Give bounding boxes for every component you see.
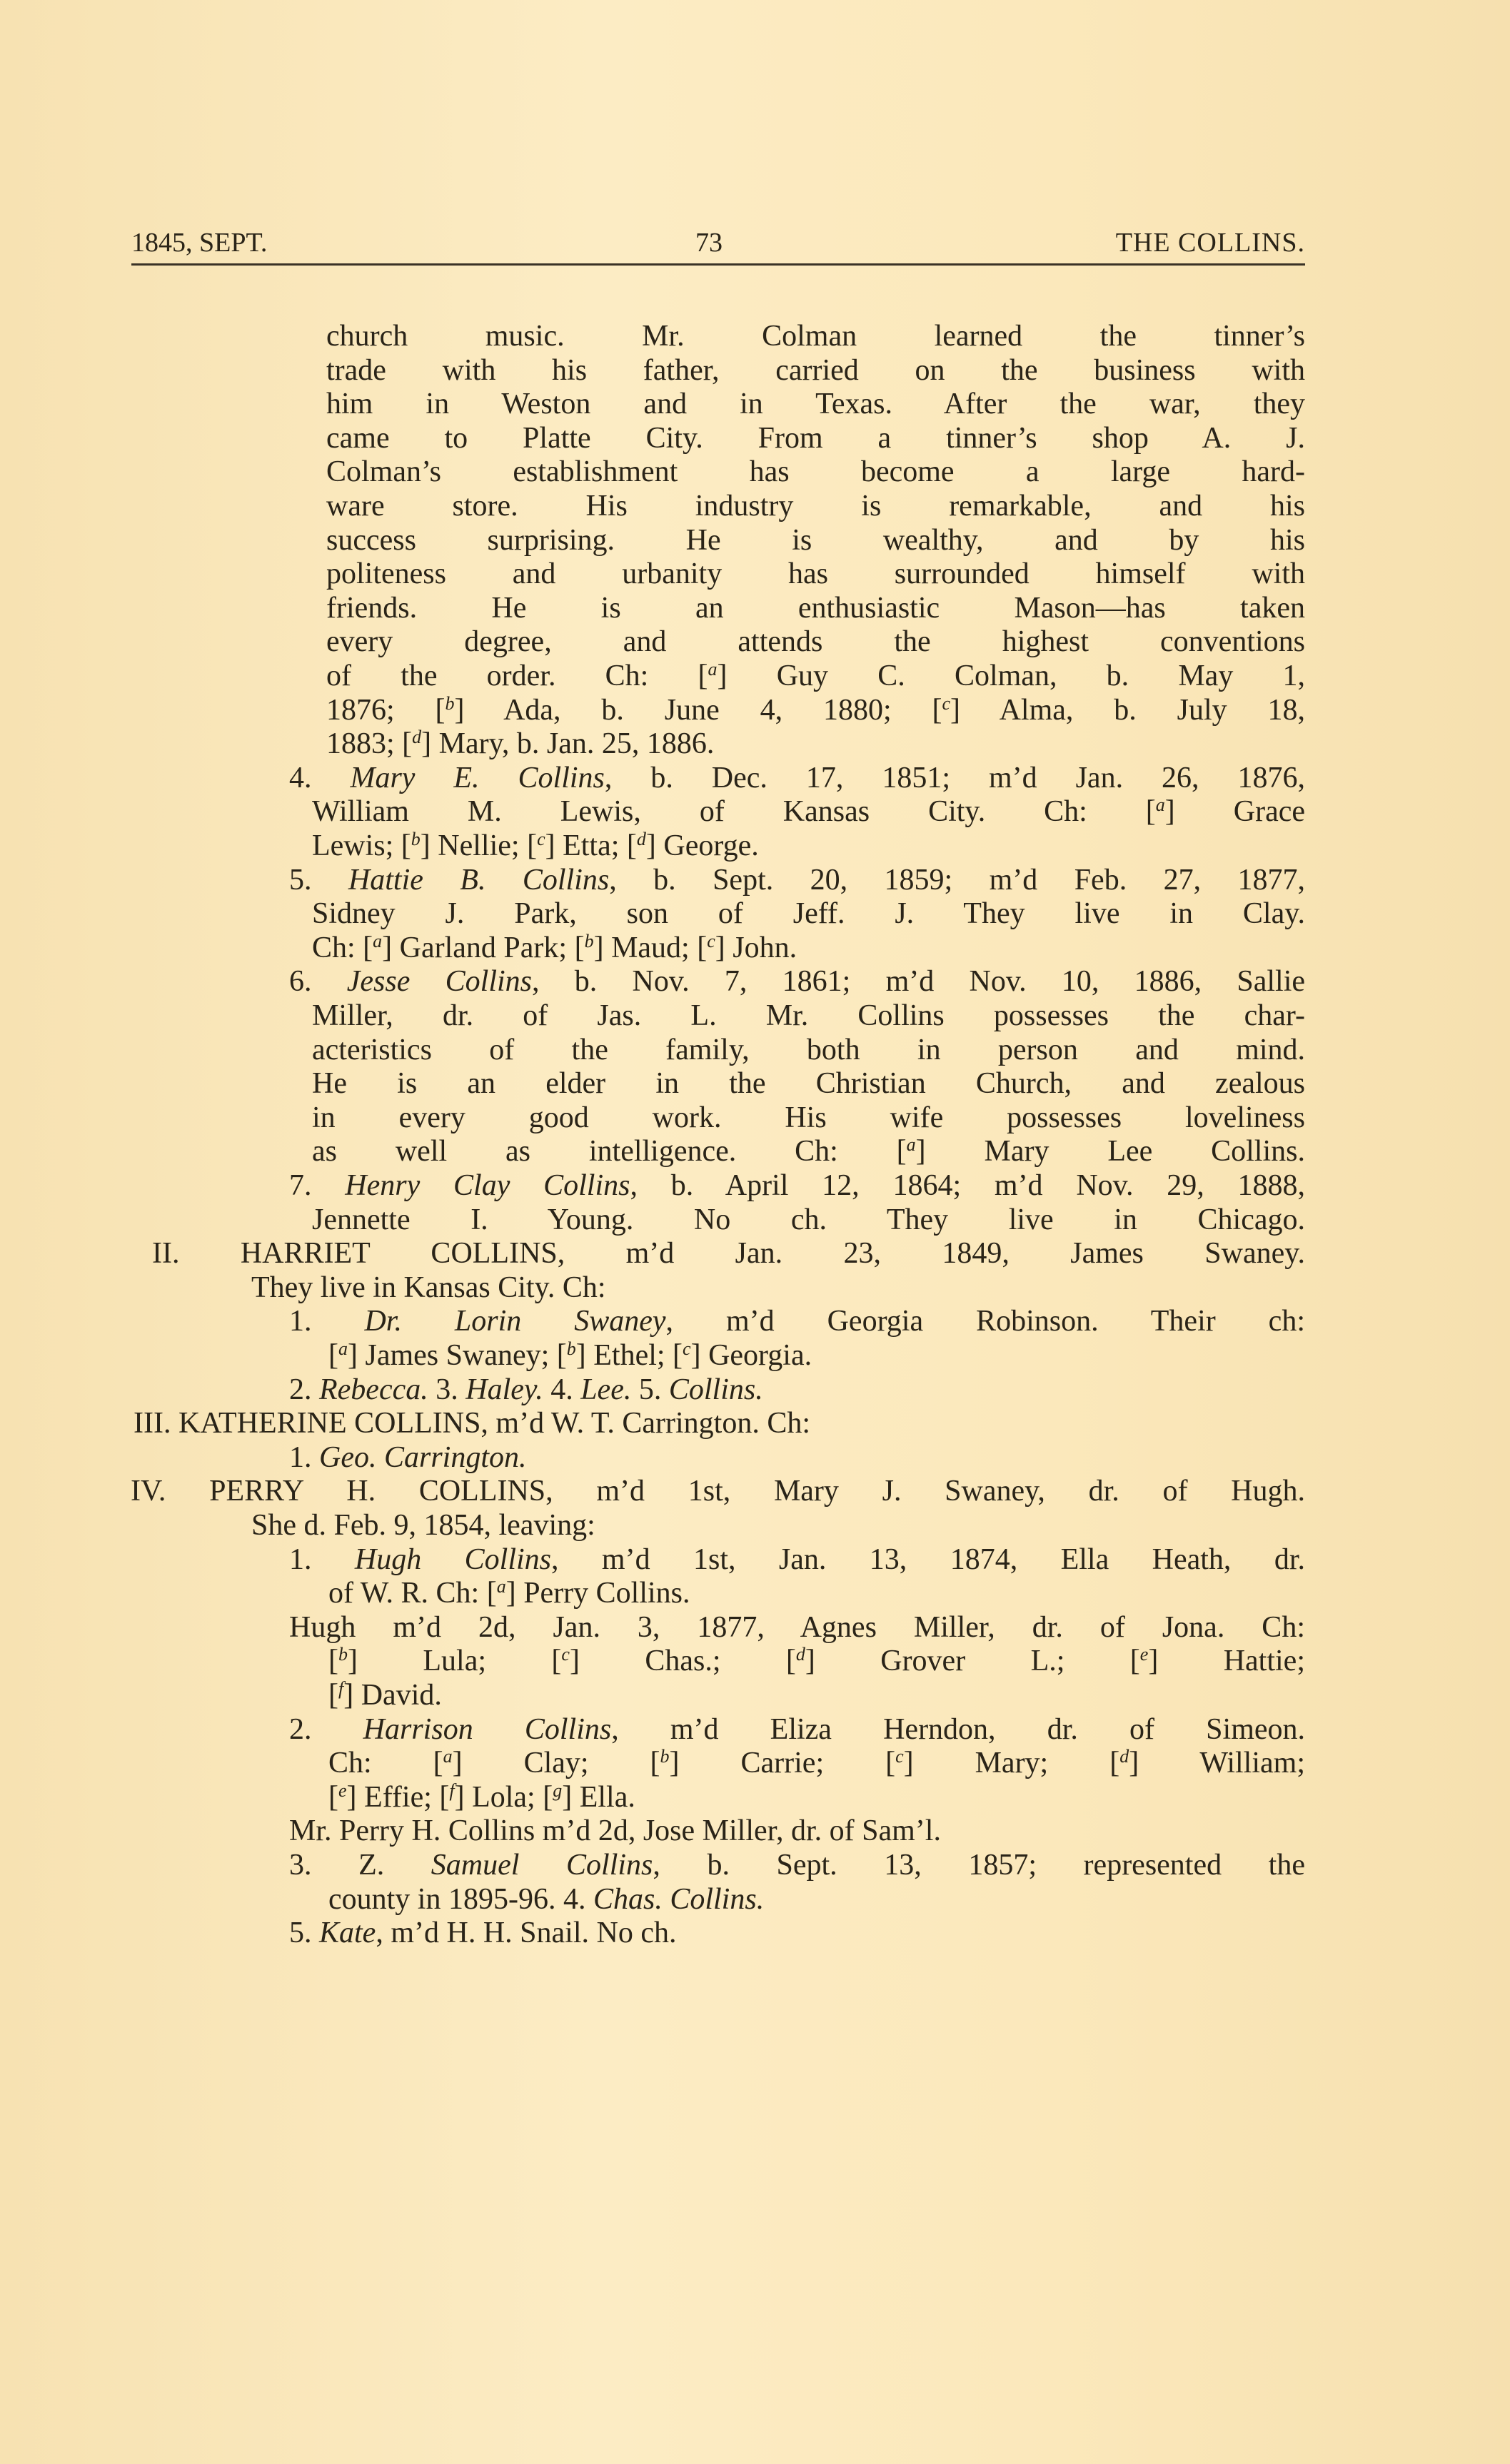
footnote-letter: b: [567, 1338, 576, 1359]
footnote-letter: f: [449, 1780, 454, 1801]
text-run: him in Weston and in Texas. After the wa…: [326, 388, 1305, 420]
footnote-letter: a: [443, 1746, 453, 1767]
text-run: William M. Lewis, of Kansas City. Ch: [: [312, 795, 1156, 828]
text-run: success surprising. He is wealthy, and b…: [326, 524, 1305, 557]
text-line: III. KATHERINE COLLINS, m’d W. T. Carrin…: [134, 1406, 810, 1440]
text-line: [a] James Swaney; [b] Ethel; [c] Georgia…: [328, 1338, 812, 1373]
text-line: politeness and urbanity has surrounded h…: [326, 557, 1305, 591]
text-line: [b] Lula; [c] Chas.; [d] Grover L.; [e] …: [328, 1644, 1305, 1678]
footnote-letter: b: [446, 693, 455, 714]
text-line: [f] David.: [328, 1678, 442, 1712]
text-line: 1. Hugh Collins, m’d 1st, Jan. 13, 1874,…: [289, 1542, 1305, 1577]
footnote-letter: d: [412, 727, 421, 747]
italic-name: Henry Clay Collins: [345, 1169, 630, 1202]
text-run: [: [328, 1679, 338, 1712]
running-head: 1845, SEPT. 73 THE COLLINS.: [131, 227, 1305, 258]
text-run: II. HARRIET COLLINS, m’d Jan. 23, 1849, …: [152, 1237, 1305, 1270]
footnote-letter: c: [561, 1644, 570, 1665]
text-run: Ch: [: [328, 1747, 443, 1779]
text-line: Hugh m’d 2d, Jan. 3, 1877, Agnes Miller,…: [289, 1610, 1305, 1645]
text-run: ] Maud; [: [594, 931, 708, 964]
footnote-letter: a: [373, 931, 382, 951]
text-line: came to Platte City. From a tinner’s sho…: [326, 421, 1305, 455]
text-run: church music. Mr. Colman learned the tin…: [326, 320, 1305, 353]
text-run: 1.: [289, 1441, 319, 1474]
text-run: ] James Swaney; [: [348, 1339, 567, 1372]
text-run: , b. Dec. 17, 1851; m’d Jan. 26, 1876,: [605, 762, 1305, 794]
text-run: ] Nellie; [: [421, 829, 537, 862]
text-run: , m’d H. H. Snail. No ch.: [376, 1917, 676, 1949]
text-line: Miller, dr. of Jas. L. Mr. Collins posse…: [312, 999, 1305, 1033]
footnote-letter: d: [796, 1644, 805, 1665]
text-run: , b. April 12, 1864; m’d Nov. 29, 1888,: [630, 1169, 1306, 1202]
text-run: politeness and urbanity has surrounded h…: [326, 557, 1305, 590]
italic-name: Harrison Collins: [363, 1713, 612, 1746]
text-line: Sidney J. Park, son of Jeff. J. They liv…: [312, 897, 1305, 931]
text-run: ] Etta; [: [545, 829, 637, 862]
text-run: ] Mary, b. Jan. 25, 1886.: [421, 727, 714, 760]
text-line: church music. Mr. Colman learned the tin…: [326, 319, 1305, 353]
text-run: ] Grace: [1165, 795, 1305, 828]
italic-name: Chas. Collins.: [593, 1883, 764, 1916]
text-run: 2.: [289, 1713, 363, 1746]
text-run: , b. Sept. 13, 1857; represented the: [653, 1849, 1305, 1882]
text-run: 2.: [289, 1373, 319, 1406]
text-run: ware store. His industry is remarkable, …: [326, 490, 1305, 522]
text-run: ] Clay; [: [453, 1747, 660, 1779]
text-run: ] Effie; [: [347, 1781, 450, 1814]
text-line: 4. Mary E. Collins, b. Dec. 17, 1851; m’…: [289, 761, 1305, 795]
text-run: Miller, dr. of Jas. L. Mr. Collins posse…: [312, 999, 1305, 1032]
text-line: 1876; [b] Ada, b. June 4, 1880; [c] Alma…: [326, 693, 1305, 727]
text-run: 1.: [289, 1543, 355, 1576]
italic-name: Hugh Collins: [355, 1543, 551, 1576]
text-run: ] George.: [646, 829, 759, 862]
text-run: ] Garland Park; [: [382, 931, 584, 964]
text-run: She d. Feb. 9, 1854, leaving:: [251, 1509, 595, 1542]
italic-name: Jesse Collins: [347, 965, 532, 998]
text-run: county in 1895-96. 4.: [328, 1883, 593, 1916]
footnote-letter: c: [942, 693, 951, 714]
footnote-letter: b: [660, 1746, 670, 1767]
text-run: ] Georgia.: [691, 1339, 812, 1372]
text-run: Mr. Perry H. Collins m’d 2d, Jose Miller…: [289, 1814, 941, 1847]
text-line: William M. Lewis, of Kansas City. Ch: [a…: [312, 794, 1305, 829]
italic-name: Rebecca.: [319, 1373, 428, 1406]
text-run: ] Alma, b. July 18,: [950, 694, 1305, 727]
text-run: ] William;: [1129, 1747, 1305, 1779]
text-line: success surprising. He is wealthy, and b…: [326, 523, 1305, 557]
text-line: friends. He is an enthusiastic Mason—has…: [326, 591, 1305, 625]
text-run: Sidney J. Park, son of Jeff. J. They liv…: [312, 897, 1305, 930]
text-line: 7. Henry Clay Collins, b. April 12, 1864…: [289, 1168, 1305, 1203]
text-run: Colman’s establishment has become a larg…: [326, 455, 1305, 488]
text-run: every degree, and attends the highest co…: [326, 625, 1305, 658]
text-run: Lewis; [: [312, 829, 411, 862]
text-run: III. KATHERINE COLLINS, m’d W. T. Carrin…: [134, 1407, 810, 1440]
text-line: of the order. Ch: [a] Guy C. Colman, b. …: [326, 659, 1305, 693]
text-run: ] Guy C. Colman, b. May 1,: [718, 660, 1305, 692]
text-run: [: [328, 1645, 338, 1677]
text-run: trade with his father, carried on the bu…: [326, 354, 1305, 387]
text-line: of W. R. Ch: [a] Perry Collins.: [328, 1576, 690, 1610]
text-run: 7.: [289, 1169, 345, 1202]
running-head-title: THE COLLINS.: [1116, 227, 1305, 258]
text-run: ] David.: [343, 1679, 442, 1712]
text-line: Ch: [a] Garland Park; [b] Maud; [c] John…: [312, 931, 797, 965]
text-run: 1.: [289, 1305, 364, 1338]
italic-name: Hattie B. Collins: [348, 864, 609, 897]
footnote-letter: c: [683, 1338, 691, 1359]
text-run: ] Ethel; [: [576, 1339, 683, 1372]
text-run: He is an elder in the Christian Church, …: [312, 1067, 1305, 1100]
text-run: 5.: [631, 1373, 669, 1406]
text-line: trade with his father, carried on the bu…: [326, 353, 1305, 388]
text-line: him in Weston and in Texas. After the wa…: [326, 387, 1305, 421]
footnote-letter: b: [338, 1644, 348, 1665]
text-line: county in 1895-96. 4. Chas. Collins.: [328, 1882, 764, 1917]
footnote-letter: e: [338, 1780, 347, 1801]
text-line: acteristics of the family, both in perso…: [312, 1033, 1305, 1067]
text-run: ] Lola; [: [455, 1781, 553, 1814]
italic-name: Kate: [319, 1917, 376, 1949]
text-line: 1. Geo. Carrington.: [289, 1440, 527, 1475]
text-run: ] Mary Lee Collins.: [916, 1135, 1305, 1168]
text-run: 1883; [: [326, 727, 412, 760]
footnote-letter: a: [708, 659, 718, 680]
footnote-letter: g: [553, 1780, 562, 1801]
italic-name: Dr. Lorin Swaney: [364, 1305, 665, 1338]
italic-name: Mary E. Collins: [350, 762, 604, 794]
text-run: of W. R. Ch: [: [328, 1577, 497, 1610]
text-line: 5. Hattie B. Collins, b. Sept. 20, 1859;…: [289, 863, 1305, 897]
text-run: , m’d Eliza Herndon, dr. of Simeon.: [611, 1713, 1305, 1746]
text-line: [e] Effie; [f] Lola; [g] Ella.: [328, 1780, 635, 1814]
text-run: ] Chas.; [: [570, 1645, 796, 1677]
book-page: 1845, SEPT. 73 THE COLLINS. church music…: [0, 0, 1510, 2464]
text-run: as well as intelligence. Ch: [: [312, 1135, 907, 1168]
text-line: in every good work. His wife possesses l…: [312, 1101, 1305, 1135]
text-run: 1876; [: [326, 694, 446, 727]
text-line: They live in Kansas City. Ch:: [251, 1271, 606, 1305]
text-run: ] Ada, b. June 4, 1880; [: [455, 694, 942, 727]
text-run: ] Perry Collins.: [506, 1577, 690, 1610]
italic-name: Geo. Carrington.: [319, 1441, 527, 1474]
text-line: ware store. His industry is remarkable, …: [326, 489, 1305, 523]
text-run: ] Lula; [: [348, 1645, 561, 1677]
footnote-letter: b: [585, 931, 594, 951]
text-line: II. HARRIET COLLINS, m’d Jan. 23, 1849, …: [152, 1236, 1305, 1271]
text-run: , b. Sept. 20, 1859; m’d Feb. 27, 1877,: [609, 864, 1305, 897]
text-run: ] Mary; [: [904, 1747, 1120, 1779]
text-line: Colman’s establishment has become a larg…: [326, 455, 1305, 489]
text-run: [: [328, 1781, 338, 1814]
text-line: 3. Z. Samuel Collins, b. Sept. 13, 1857;…: [289, 1848, 1305, 1882]
footnote-letter: d: [1119, 1746, 1129, 1767]
footnote-letter: a: [497, 1576, 506, 1597]
text-line: every degree, and attends the highest co…: [326, 625, 1305, 659]
footnote-letter: c: [895, 1746, 904, 1767]
text-run: IV. PERRY H. COLLINS, m’d 1st, Mary J. S…: [131, 1475, 1305, 1508]
text-line: He is an elder in the Christian Church, …: [312, 1066, 1305, 1101]
footnote-letter: e: [1140, 1644, 1149, 1665]
text-run: 3. Z.: [289, 1849, 431, 1882]
footnote-letter: c: [707, 931, 715, 951]
text-run: 4.: [543, 1373, 581, 1406]
text-line: 1. Dr. Lorin Swaney, m’d Georgia Robinso…: [289, 1304, 1305, 1338]
text-run: 4.: [289, 762, 350, 794]
text-line: 2. Rebecca. 3. Haley. 4. Lee. 5. Collins…: [289, 1373, 763, 1407]
text-run: acteristics of the family, both in perso…: [312, 1034, 1305, 1066]
header-rule: [131, 263, 1305, 266]
text-line: Ch: [a] Clay; [b] Carrie; [c] Mary; [d] …: [328, 1746, 1305, 1780]
text-line: as well as intelligence. Ch: [a] Mary Le…: [312, 1134, 1305, 1168]
text-run: 6.: [289, 965, 347, 998]
italic-name: Haley.: [465, 1373, 543, 1406]
page-number: 73: [695, 227, 723, 258]
text-run: 3.: [428, 1373, 466, 1406]
text-line: 1883; [d] Mary, b. Jan. 25, 1886.: [326, 727, 714, 761]
footnote-letter: a: [1156, 794, 1165, 815]
footnote-letter: d: [637, 829, 646, 849]
text-run: 5.: [289, 864, 348, 897]
text-run: in every good work. His wife possesses l…: [312, 1101, 1305, 1134]
text-run: Jennette I. Young. No ch. They live in C…: [312, 1203, 1305, 1236]
text-run: , m’d Georgia Robinson. Their ch:: [666, 1305, 1305, 1338]
running-head-date: 1845, SEPT.: [131, 227, 267, 258]
footnote-letter: b: [411, 829, 421, 849]
italic-name: Collins.: [669, 1373, 763, 1406]
footnote-letter: c: [537, 829, 545, 849]
footnote-letter: a: [338, 1338, 348, 1359]
text-run: , m’d 1st, Jan. 13, 1874, Ella Heath, dr…: [551, 1543, 1305, 1576]
text-line: 6. Jesse Collins, b. Nov. 7, 1861; m’d N…: [289, 964, 1305, 999]
text-run: They live in Kansas City. Ch:: [251, 1271, 606, 1304]
text-line: 2. Harrison Collins, m’d Eliza Herndon, …: [289, 1712, 1305, 1747]
text-line: Mr. Perry H. Collins m’d 2d, Jose Miller…: [289, 1814, 941, 1848]
text-line: IV. PERRY H. COLLINS, m’d 1st, Mary J. S…: [131, 1474, 1305, 1508]
text-run: , b. Nov. 7, 1861; m’d Nov. 10, 1886, Sa…: [532, 965, 1305, 998]
text-run: Ch: [: [312, 931, 373, 964]
text-run: of the order. Ch: [: [326, 660, 708, 692]
text-run: Hugh m’d 2d, Jan. 3, 1877, Agnes Miller,…: [289, 1611, 1305, 1644]
text-run: ] Grover L.; [: [805, 1645, 1140, 1677]
text-run: [: [328, 1339, 338, 1372]
text-line: She d. Feb. 9, 1854, leaving:: [251, 1508, 595, 1542]
text-run: ] John.: [715, 931, 797, 964]
text-run: friends. He is an enthusiastic Mason—has…: [326, 592, 1305, 625]
text-line: Jennette I. Young. No ch. They live in C…: [312, 1203, 1305, 1237]
text-run: 5.: [289, 1917, 319, 1949]
text-run: ] Carrie; [: [670, 1747, 896, 1779]
footnote-letter: a: [907, 1134, 916, 1155]
text-run: ] Ella.: [562, 1781, 635, 1814]
italic-name: Lee.: [580, 1373, 631, 1406]
text-run: came to Platte City. From a tinner’s sho…: [326, 422, 1305, 455]
text-line: 5. Kate, m’d H. H. Snail. No ch.: [289, 1916, 676, 1950]
text-run: ] Hattie;: [1148, 1645, 1305, 1677]
italic-name: Samuel Collins: [431, 1849, 653, 1882]
text-line: Lewis; [b] Nellie; [c] Etta; [d] George.: [312, 829, 759, 863]
